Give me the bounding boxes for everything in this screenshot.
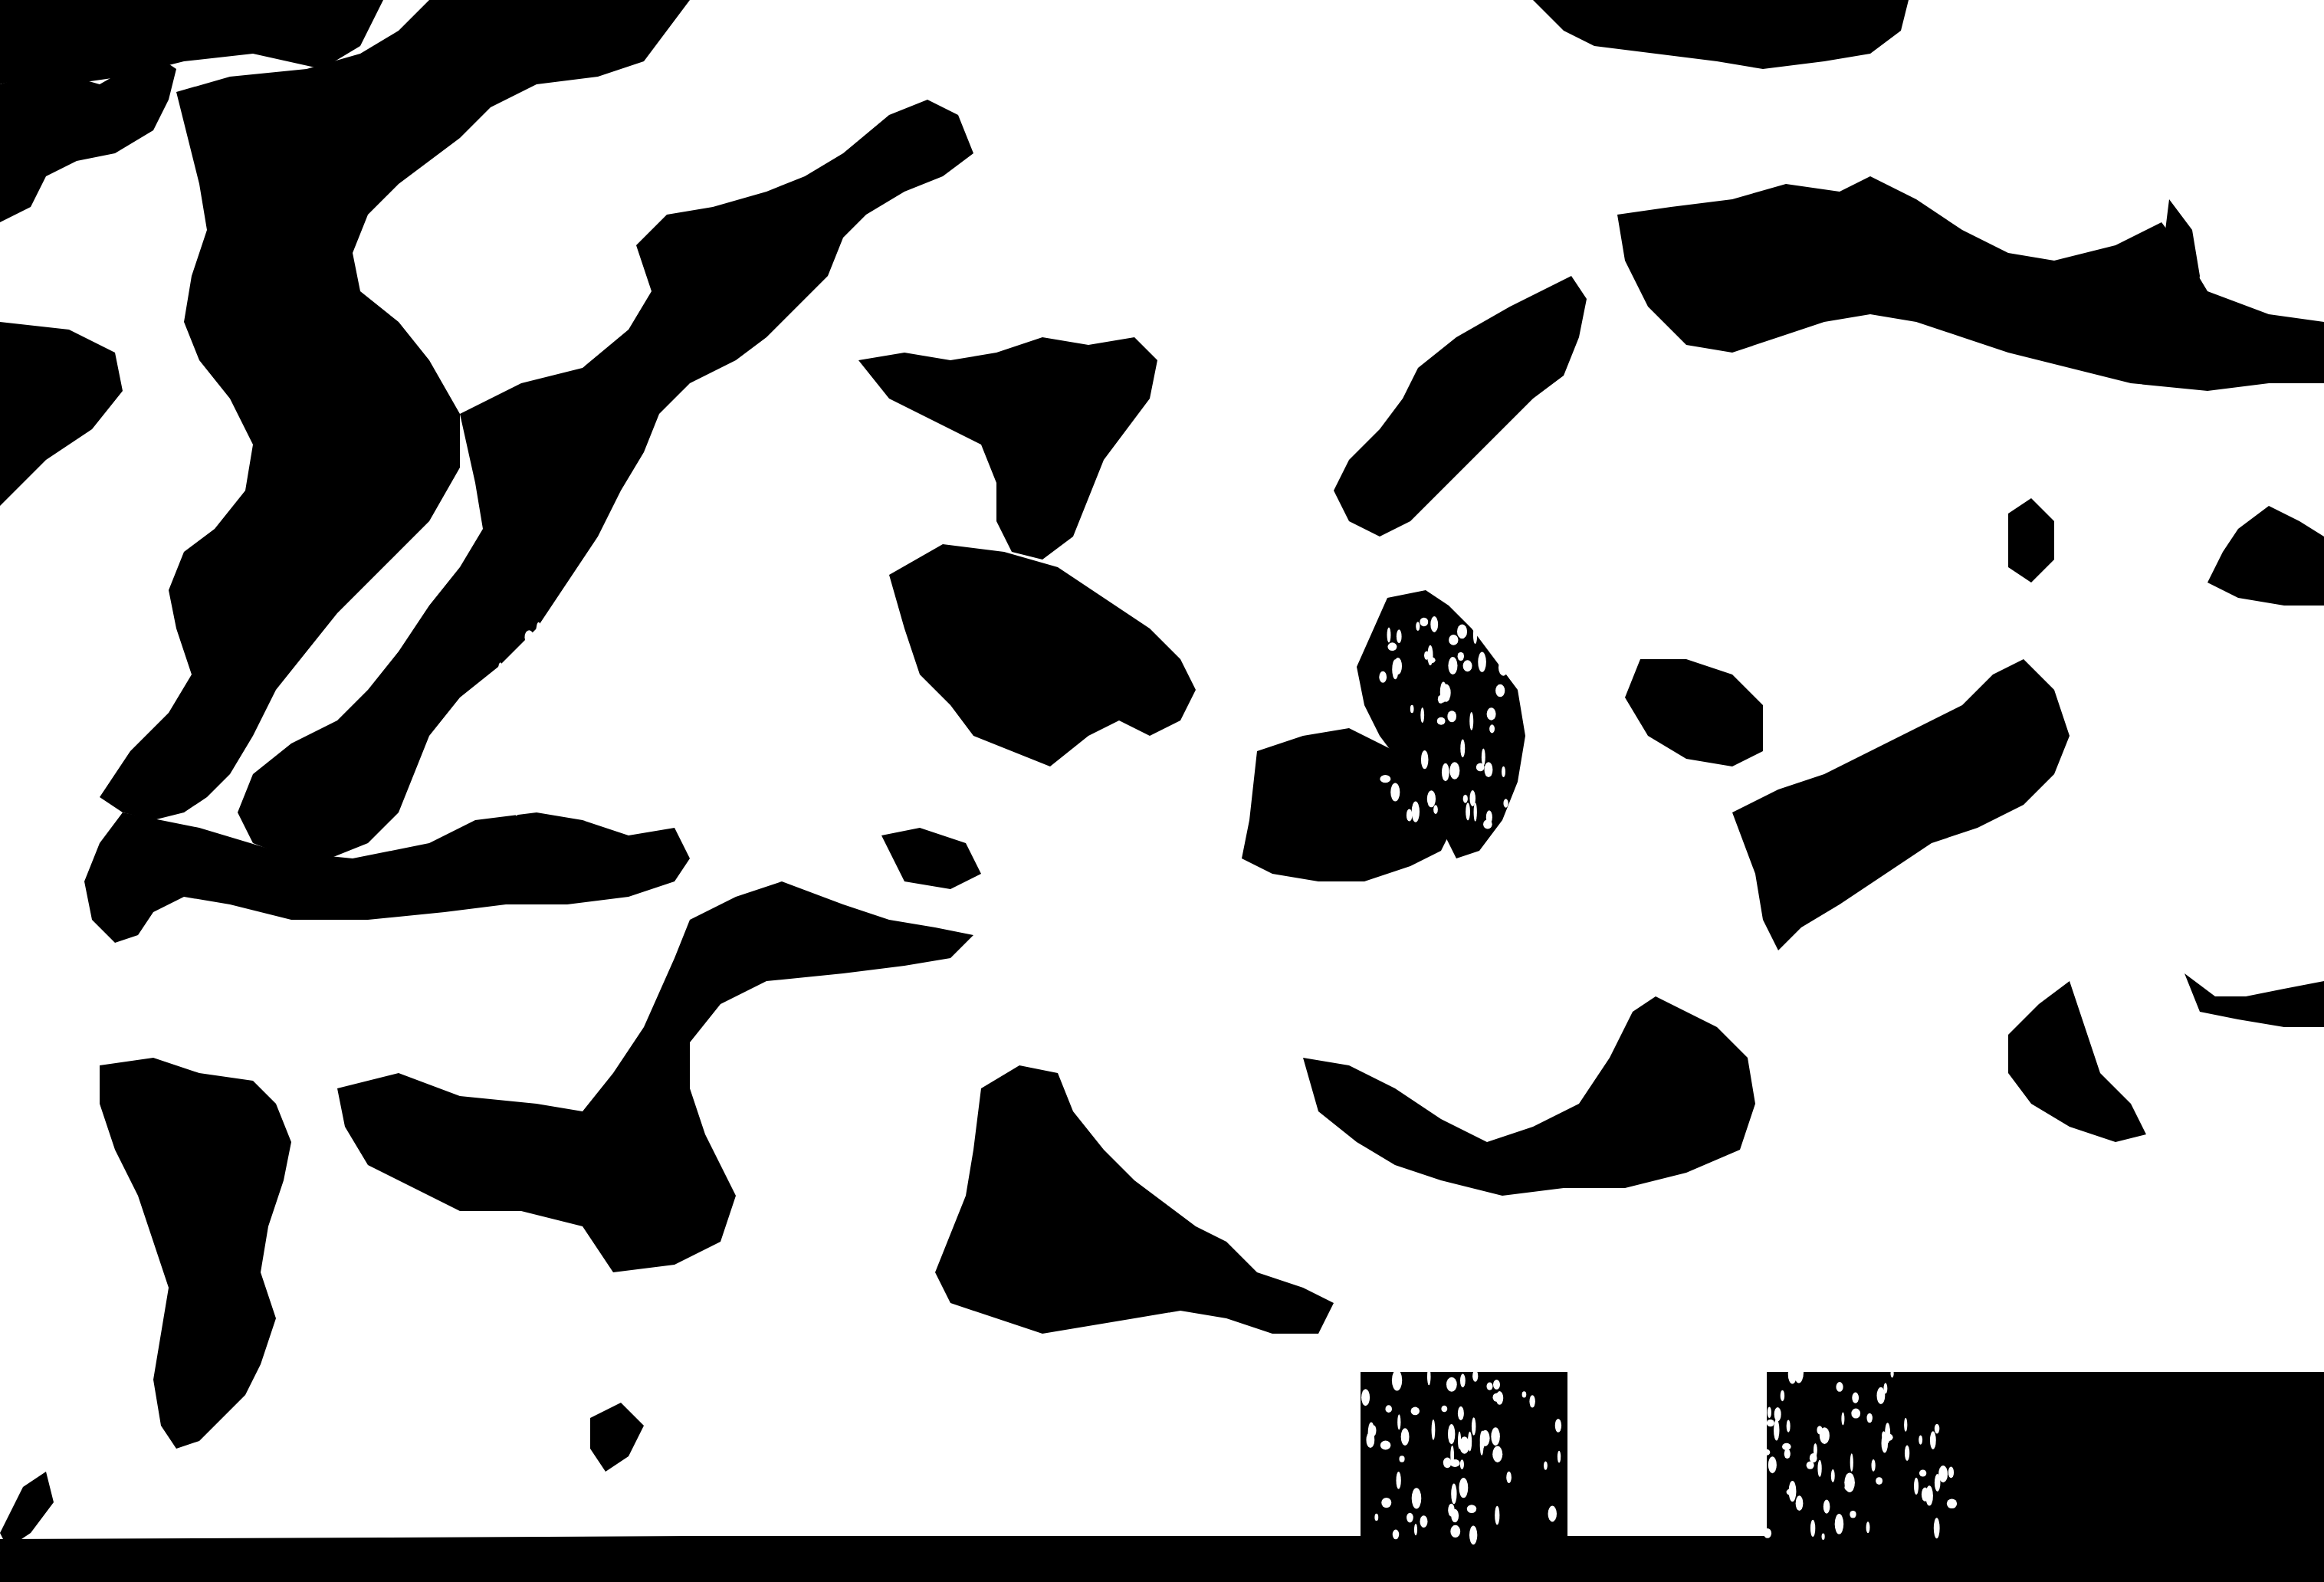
bottom-band (0, 1536, 2324, 1582)
textured-patch (1767, 1372, 1958, 1537)
binary-micrograph (0, 0, 2324, 1582)
textured-patch (1361, 1372, 1567, 1537)
